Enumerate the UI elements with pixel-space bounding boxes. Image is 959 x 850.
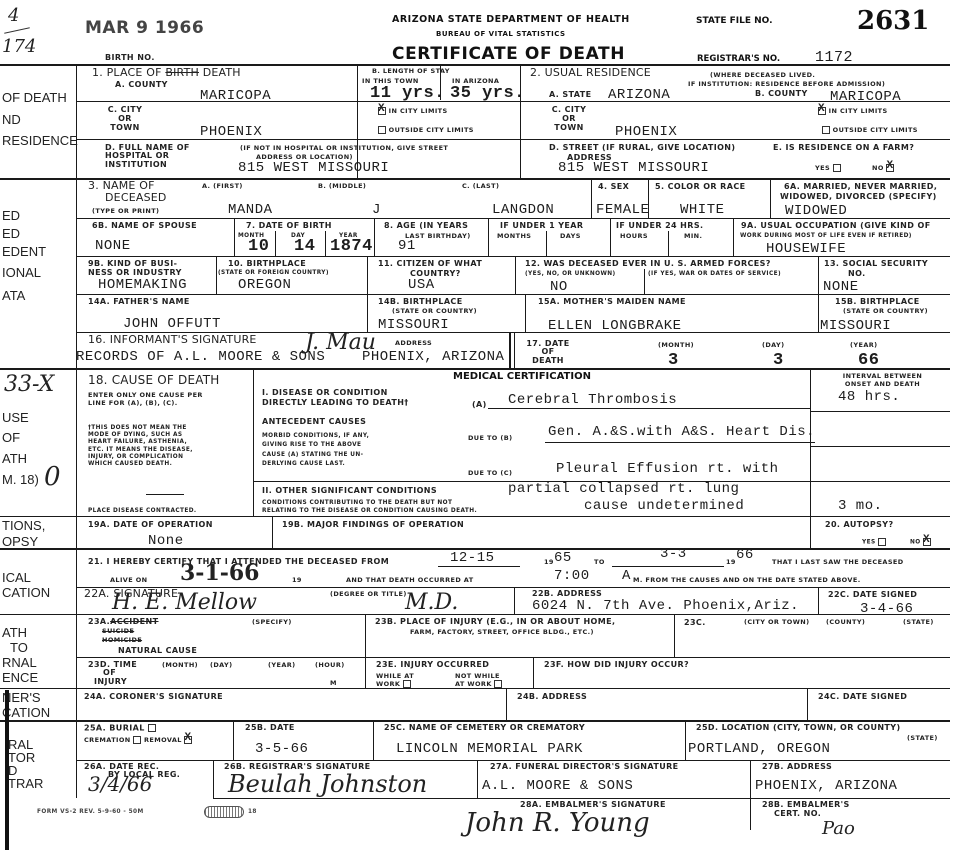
divider bbox=[807, 688, 808, 720]
underline bbox=[438, 566, 520, 567]
last-saw-label: THAT I LAST SAW THE DECEASED bbox=[772, 559, 904, 566]
type-or-print-note: (TYPE OR PRINT) bbox=[92, 208, 159, 215]
divider bbox=[325, 231, 326, 256]
armed-forces-sub1: (YES, NO, OR UNKNOWN) bbox=[525, 271, 616, 277]
checkbox-checked[interactable] bbox=[923, 538, 931, 546]
time-day-label: (DAY) bbox=[210, 662, 232, 669]
marital-value: WIDOWED bbox=[785, 203, 847, 219]
physician-address-value: 6024 N. 7th Ave. Phoenix,Ariz. bbox=[532, 598, 799, 614]
birth-no-label: BIRTH NO. bbox=[105, 54, 155, 62]
divider bbox=[367, 294, 368, 332]
dod-day-label: (DAY) bbox=[762, 342, 784, 349]
place-of-injury-label: 23B. PLACE OF INJURY (E.G., IN OR ABOUT … bbox=[375, 618, 615, 626]
residence-city-label: C. CITY OR TOWN bbox=[549, 106, 589, 132]
occupation-value: HOUSEWIFE bbox=[766, 241, 846, 257]
alive-on-value: 3-1-66 bbox=[180, 560, 260, 586]
divider bbox=[750, 760, 751, 830]
divider bbox=[76, 688, 77, 720]
divider bbox=[810, 368, 811, 548]
residence-outside-city-option[interactable]: OUTSIDE CITY LIMITS bbox=[822, 126, 918, 134]
divider bbox=[506, 688, 507, 720]
date-signed-label: 22C. DATE SIGNED bbox=[828, 591, 917, 599]
divider bbox=[533, 657, 534, 688]
months-label: MONTHS bbox=[497, 233, 531, 240]
divider bbox=[0, 368, 950, 370]
occupation-label: 9A. USUAL OCCUPATION (GIVE KIND OF bbox=[741, 222, 931, 230]
side-label: TO bbox=[10, 640, 28, 655]
divider bbox=[76, 218, 950, 219]
under-24-hrs-label: IF UNDER 24 HRS. bbox=[616, 222, 703, 230]
ssn-label-2: NO. bbox=[848, 270, 866, 278]
checkbox[interactable] bbox=[133, 736, 141, 744]
divider bbox=[488, 218, 489, 256]
operation-date-label: 19A. DATE OF OPERATION bbox=[88, 521, 213, 529]
mother-birthplace-label: 15B. BIRTHPLACE bbox=[835, 298, 920, 306]
time-value: 7:00 bbox=[554, 568, 590, 584]
divider bbox=[514, 587, 515, 614]
not-at-work-option[interactable]: NOT WHILE AT WORK bbox=[455, 672, 502, 689]
informant-label: 16. INFORMANT'S SIGNATURE bbox=[88, 334, 257, 346]
divider bbox=[373, 720, 374, 760]
physician-signature: H. E. Mellow bbox=[112, 590, 257, 615]
armed-forces-label: 12. WAS DECEASED EVER IN U. S. ARMED FOR… bbox=[525, 260, 771, 268]
interval-label: INTERVAL BETWEEN ONSET AND DEATH bbox=[820, 373, 945, 389]
armed-forces-value: NO bbox=[550, 279, 568, 295]
disposal-date-label: 25B. DATE bbox=[245, 724, 295, 732]
divider bbox=[253, 368, 254, 516]
checkbox[interactable] bbox=[878, 538, 886, 546]
first-name-label: A. (FIRST) bbox=[202, 183, 243, 190]
divider bbox=[216, 256, 217, 294]
divider bbox=[233, 720, 234, 760]
farm-no-option[interactable]: NO bbox=[872, 164, 894, 172]
autopsy-label: 20. AUTOPSY? bbox=[825, 521, 894, 529]
farm-label: E. IS RESIDENCE ON A FARM? bbox=[773, 144, 914, 152]
divider bbox=[76, 657, 950, 658]
county-label: A. COUNTY bbox=[115, 81, 168, 89]
in-city-limits-option[interactable]: IN CITY LIMITS bbox=[378, 107, 448, 115]
divider bbox=[0, 516, 950, 517]
divider bbox=[818, 587, 819, 614]
business-value: HOMEMAKING bbox=[98, 277, 187, 293]
citizen-label: 11. CITIZEN OF WHAT bbox=[378, 260, 482, 268]
dob-label: 7. DATE OF BIRTH bbox=[246, 222, 332, 230]
side-label: OF bbox=[2, 430, 20, 445]
divider bbox=[0, 614, 950, 615]
checkbox-checked[interactable] bbox=[378, 107, 386, 115]
under-1-year-label: IF UNDER 1 YEAR bbox=[500, 222, 583, 230]
embalmer-signature: John R. Young bbox=[465, 808, 650, 838]
injury-county-label: (COUNTY) bbox=[826, 619, 865, 626]
operation-date-value: None bbox=[148, 533, 184, 549]
residence-note: IF INSTITUTION: RESIDENCE BEFORE ADMISSI… bbox=[688, 81, 885, 88]
residence-note: (WHERE DECEASED LIVED. bbox=[710, 72, 815, 79]
informant-address-value: PHOENIX, ARIZONA bbox=[362, 349, 504, 365]
state-file-number: 2631 bbox=[857, 6, 929, 36]
other-conditions-note: CONDITIONS CONTRIBUTING TO THE DEATH BUT… bbox=[262, 500, 477, 515]
birthplace-label: 10. BIRTHPLACE bbox=[228, 260, 306, 268]
registrar-signature: Beulah Johnston bbox=[228, 770, 427, 798]
hospital-note: (IF NOT IN HOSPITAL OR INSTITUTION, GIVE… bbox=[240, 145, 448, 152]
divider bbox=[76, 368, 77, 516]
street-label: D. STREET (IF RURAL, GIVE LOCATION) bbox=[549, 144, 735, 152]
divider bbox=[668, 231, 669, 256]
dod-month-label: (MONTH) bbox=[658, 342, 694, 349]
father-name-label: 14A. FATHER'S NAME bbox=[88, 298, 190, 306]
interval-2-value: 3 mo. bbox=[838, 498, 883, 514]
autopsy-no-option[interactable]: NO bbox=[910, 538, 931, 546]
age-label: 8. AGE (IN YEARS bbox=[384, 222, 468, 230]
degree-value: M.D. bbox=[405, 590, 458, 615]
cemetery-state-label: (STATE) bbox=[907, 735, 938, 742]
residence-city-value: PHOENIX bbox=[615, 124, 677, 140]
divider bbox=[365, 614, 366, 688]
time-year-label: (YEAR) bbox=[268, 662, 296, 669]
specify-label: (SPECIFY) bbox=[252, 619, 292, 626]
form-number: FORM VS-2 REV. 5-9-60 - 50M bbox=[37, 809, 144, 815]
page-title: CERTIFICATE OF DEATH bbox=[392, 44, 625, 64]
divider bbox=[275, 231, 276, 256]
date-received-value: 3/4/66 bbox=[88, 772, 152, 796]
mother-name-label: 15A. MOTHER'S MAIDEN NAME bbox=[538, 298, 686, 306]
agency-name: ARIZONA STATE DEPARTMENT OF HEALTH bbox=[392, 14, 630, 25]
antecedent-note: MORBID CONDITIONS, IF ANY, GIVING RISE T… bbox=[262, 432, 369, 469]
residence-county-label: B. COUNTY bbox=[755, 90, 808, 98]
handwritten-code: 33-X bbox=[4, 372, 54, 397]
days-label: DAYS bbox=[560, 233, 581, 240]
father-name-value: JOHN OFFUTT bbox=[123, 316, 221, 332]
divider bbox=[525, 294, 526, 332]
divider bbox=[76, 760, 950, 761]
causes-label: M. FROM THE CAUSES AND ON THE DATE STATE… bbox=[633, 577, 861, 584]
occurred-label: AND THAT DEATH OCCURRED AT bbox=[346, 577, 474, 584]
burial-option[interactable]: 25A. BURIAL bbox=[84, 724, 156, 733]
side-label: RNAL bbox=[2, 655, 37, 670]
place-of-injury-note: FARM, FACTORY, STREET, OFFICE BLDG., ETC… bbox=[410, 629, 594, 636]
m-label: M bbox=[330, 680, 337, 687]
death-city-value: PHOENIX bbox=[200, 124, 262, 140]
union-label-icon bbox=[204, 806, 244, 818]
to-year-prefix: 19 bbox=[726, 559, 736, 566]
side-label: ATH bbox=[2, 625, 27, 640]
divider bbox=[367, 256, 368, 294]
dob-day-value: 14 bbox=[294, 237, 315, 256]
cemetery-value: LINCOLN MEMORIAL PARK bbox=[396, 741, 583, 757]
divider bbox=[76, 516, 77, 548]
registrar-no-label: REGISTRAR'S NO. bbox=[697, 54, 780, 64]
autopsy-yes-option[interactable]: YES bbox=[862, 538, 886, 546]
place-of-death-label: 1. PLACE OF BIRTH DEATH bbox=[92, 67, 241, 79]
race-value: WHITE bbox=[680, 202, 725, 218]
divider bbox=[76, 178, 77, 368]
age-value: 91 bbox=[398, 238, 416, 254]
from-year-prefix: 19 bbox=[544, 559, 554, 566]
birthplace-note: (STATE OR FOREIGN COUNTRY) bbox=[218, 270, 329, 276]
coroner-address-label: 24B. ADDRESS bbox=[517, 693, 587, 701]
cause-a-label: (A) bbox=[472, 401, 487, 409]
divider bbox=[515, 256, 516, 294]
scan-edge bbox=[5, 690, 9, 850]
last-name-value: LANGDON bbox=[492, 202, 554, 218]
divider bbox=[685, 720, 686, 760]
coroner-signature-label: 24A. CORONER'S SIGNATURE bbox=[84, 693, 223, 701]
margin-mark-bottom: 174 bbox=[2, 36, 36, 57]
divider bbox=[374, 218, 375, 256]
divider bbox=[644, 269, 645, 294]
min-label: MIN. bbox=[684, 233, 702, 240]
divider bbox=[674, 614, 675, 657]
dob-year-value: 1874 bbox=[330, 237, 373, 256]
state-label: A. STATE bbox=[549, 91, 591, 99]
checkbox[interactable] bbox=[378, 126, 386, 134]
cause-b-label: DUE TO (B) bbox=[468, 435, 513, 442]
divider bbox=[213, 760, 214, 798]
margin-mark-top: 4 bbox=[8, 5, 19, 26]
side-label: CATION bbox=[2, 585, 50, 600]
length-of-stay-label: B. LENGTH OF STAY bbox=[372, 68, 450, 75]
city-label: C. CITY OR TOWN bbox=[105, 106, 145, 132]
ssn-value: NONE bbox=[823, 279, 859, 295]
cause-c-value: Pleural Effusion rt. with bbox=[556, 461, 779, 477]
director-address-value: PHOENIX, ARIZONA bbox=[755, 778, 897, 794]
hospital-label: D. FULL NAME OF HOSPITAL OR INSTITUTION bbox=[105, 144, 190, 169]
other-conditions-label: II. OTHER SIGNIFICANT CONDITIONS bbox=[262, 487, 437, 495]
checkbox-checked[interactable] bbox=[184, 736, 192, 744]
residence-county-value: MARICOPA bbox=[830, 89, 901, 105]
divider bbox=[76, 720, 77, 798]
side-label: ATA bbox=[2, 288, 25, 303]
side-label: ATH bbox=[2, 451, 27, 466]
side-label: OF DEATH bbox=[2, 90, 67, 105]
armed-forces-sub2: (IF YES, WAR OR DATES OF SERVICE) bbox=[648, 271, 781, 277]
disposal-date-value: 3-5-66 bbox=[255, 741, 308, 757]
marital-label: 6A. MARRIED, NEVER MARRIED, bbox=[784, 183, 937, 191]
fraction-bar bbox=[4, 27, 30, 33]
divider bbox=[810, 411, 950, 412]
natural-cause-value: NATURAL CAUSE bbox=[118, 647, 197, 655]
while-at-work-option[interactable]: WHILE AT WORK bbox=[376, 672, 414, 689]
middle-name-value: J bbox=[372, 202, 381, 218]
injury-state-label: (STATE) bbox=[903, 619, 934, 626]
divider bbox=[810, 446, 950, 447]
side-label: ENCE bbox=[2, 670, 38, 685]
divider bbox=[514, 332, 515, 368]
divider bbox=[76, 614, 77, 688]
divider bbox=[770, 178, 771, 218]
checkbox[interactable] bbox=[822, 126, 830, 134]
attended-to-value: 3-3 bbox=[660, 546, 687, 562]
time-month-label: (MONTH) bbox=[162, 662, 198, 669]
spouse-value: NONE bbox=[95, 238, 131, 254]
divider bbox=[234, 218, 235, 256]
union-number: 18 bbox=[248, 809, 257, 815]
funeral-director-label: 27A. FUNERAL DIRECTOR'S SIGNATURE bbox=[490, 763, 679, 771]
cemetery-location-label: 25D. LOCATION (CITY, TOWN, OR COUNTY) bbox=[696, 724, 901, 732]
alive-19: 19 bbox=[292, 577, 302, 584]
stay-state-value: 35 yrs. bbox=[450, 84, 525, 103]
attended-from-value: 12-15 bbox=[450, 550, 495, 566]
am-value: A bbox=[622, 568, 631, 584]
side-label: IONAL bbox=[2, 265, 41, 280]
divider bbox=[546, 231, 547, 256]
sex-label: 4. SEX bbox=[598, 183, 629, 191]
side-label: TRAR bbox=[8, 776, 43, 791]
checkbox[interactable] bbox=[833, 164, 841, 172]
embalmer-cert-label: 28B. EMBALMER'S CERT. NO. bbox=[762, 801, 850, 819]
side-label: CATION bbox=[2, 705, 50, 720]
informant-value: RECORDS OF A.L. MOORE & SONS bbox=[76, 349, 325, 365]
cause-of-death-label: 18. CAUSE OF DEATH bbox=[88, 374, 220, 387]
other-conditions-line1: partial collapsed rt. lung bbox=[508, 481, 739, 497]
from-year-value: 65 bbox=[554, 550, 572, 566]
injury-location-label: 23C. bbox=[684, 619, 706, 627]
divider bbox=[213, 798, 950, 799]
father-birthplace-value: MISSOURI bbox=[378, 317, 449, 333]
father-birthplace-note: (STATE OR COUNTRY) bbox=[392, 308, 477, 315]
checkbox-checked[interactable] bbox=[818, 107, 826, 115]
spouse-label: 6B. NAME OF SPOUSE bbox=[92, 222, 197, 230]
underline bbox=[612, 566, 724, 567]
sex-value: FEMALE bbox=[596, 202, 649, 218]
dob-month-value: 10 bbox=[248, 237, 269, 256]
coroner-date-label: 24C. DATE SIGNED bbox=[818, 693, 907, 701]
struck-homicide: HOMICIDE bbox=[102, 637, 142, 644]
last-name-label: C. (LAST) bbox=[462, 183, 499, 190]
to-label: TO bbox=[594, 559, 605, 566]
race-label: 5. COLOR OR RACE bbox=[655, 183, 745, 191]
dod-year-label: (YEAR) bbox=[850, 342, 878, 349]
underline bbox=[545, 442, 815, 443]
divider bbox=[0, 720, 950, 722]
birthplace-value: OREGON bbox=[238, 277, 291, 293]
cause-instructions: ENTER ONLY ONE CAUSE PER LINE FOR (A), (… bbox=[88, 391, 203, 408]
operation-findings-label: 19B. MAJOR FINDINGS OF OPERATION bbox=[282, 521, 464, 529]
death-county-value: MARICOPA bbox=[200, 88, 271, 104]
divider bbox=[477, 760, 478, 798]
first-name-value: MANDA bbox=[228, 202, 273, 218]
divider bbox=[733, 218, 734, 256]
disease-condition-label: I. DISEASE OR CONDITION DIRECTLY LEADING… bbox=[262, 388, 409, 409]
struck-suicide: SUICIDE bbox=[102, 628, 134, 635]
to-year-value: 66 bbox=[736, 547, 754, 563]
divider bbox=[818, 294, 819, 332]
checkbox-checked[interactable] bbox=[886, 164, 894, 172]
cause-note: †THIS DOES NOT MEAN THE MODE OF DYING, S… bbox=[88, 425, 193, 468]
injury-city-label: (CITY OR TOWN) bbox=[744, 619, 810, 626]
checkbox[interactable] bbox=[148, 724, 156, 732]
time-of-injury-label: 23D. TIME OF INJURY bbox=[88, 661, 137, 686]
cause-a-value: Cerebral Thrombosis bbox=[508, 392, 677, 408]
interval-a-value: 48 hrs. bbox=[838, 389, 900, 405]
side-label: ICAL bbox=[2, 570, 31, 585]
hours-label: HOURS bbox=[620, 233, 648, 240]
usual-residence-label: 2. USUAL RESIDENCE bbox=[530, 67, 651, 79]
marital-label-2: WIDOWED, DIVORCED (SPECIFY) bbox=[780, 193, 937, 201]
date-of-death-label: 17. DATE OF DEATH bbox=[523, 340, 573, 365]
side-label: ND bbox=[2, 112, 21, 127]
divider bbox=[76, 548, 77, 614]
cemetery-label: 25C. NAME OF CEMETERY OR CREMATORY bbox=[384, 724, 585, 732]
cremation-removal-options[interactable]: CREMATION REMOVAL bbox=[84, 736, 192, 744]
side-label: USE bbox=[2, 410, 29, 425]
citizen-value: USA bbox=[408, 277, 435, 293]
side-label: EDENT bbox=[2, 244, 46, 259]
divider bbox=[272, 516, 273, 548]
father-birthplace-label: 14B. BIRTHPLACE bbox=[378, 298, 463, 306]
divider bbox=[591, 178, 592, 218]
director-address-label: 27B. ADDRESS bbox=[762, 763, 832, 771]
ssn-label: 13. SOCIAL SECURITY bbox=[824, 260, 928, 268]
side-label: M. 18) bbox=[2, 472, 39, 487]
business-label: 9B. KIND OF BUSI- NESS OR INDUSTRY bbox=[88, 260, 182, 278]
divider bbox=[76, 64, 77, 180]
injury-type-label: 23A.ACCIDENT bbox=[88, 618, 159, 626]
funeral-director-value: A.L. MOORE & SONS bbox=[482, 778, 633, 794]
divider bbox=[509, 332, 511, 368]
degree-label: (DEGREE OR TITLE) bbox=[330, 591, 407, 598]
side-label: ED bbox=[2, 226, 20, 241]
how-injury-label: 23F. HOW DID INJURY OCCUR? bbox=[544, 661, 689, 669]
hospital-value: 815 WEST MISSOURI bbox=[238, 160, 389, 176]
underline bbox=[488, 408, 810, 409]
side-label: OPSY bbox=[2, 534, 38, 549]
medical-certification-title: MEDICAL CERTIFICATION bbox=[453, 371, 591, 382]
farm-yes-option[interactable]: YES bbox=[815, 164, 841, 172]
deceased-name-label: 3. NAME OF DECEASED bbox=[88, 180, 167, 203]
side-label: RESIDENCE bbox=[2, 133, 78, 148]
place-contracted-label: PLACE DISEASE CONTRACTED. bbox=[88, 508, 197, 514]
antecedent-label: ANTECEDENT CAUSES bbox=[262, 418, 366, 426]
state-file-label: STATE FILE NO. bbox=[696, 16, 773, 26]
received-stamp: MAR 9 1966 bbox=[85, 18, 204, 38]
alive-on-label: ALIVE ON bbox=[110, 577, 148, 584]
middle-name-label: B. (MIDDLE) bbox=[318, 183, 366, 190]
mother-birthplace-note: (STATE OR COUNTRY) bbox=[843, 308, 928, 315]
handwritten-zero: 0 bbox=[44, 462, 61, 492]
residence-state-value: ARIZONA bbox=[608, 87, 670, 103]
side-label: TIONS, bbox=[2, 518, 45, 533]
cause-c-label: DUE TO (C) bbox=[468, 470, 512, 477]
outside-city-limits-option[interactable]: OUTSIDE CITY LIMITS bbox=[378, 126, 474, 134]
embalmer-cert-value: Pao bbox=[822, 818, 855, 839]
occupation-label-2: WORK DURING MOST OF LIFE EVEN IF RETIRED… bbox=[740, 233, 912, 239]
cemetery-location-value: PORTLAND, OREGON bbox=[688, 741, 830, 757]
bureau-name: BUREAU OF VITAL STATISTICS bbox=[436, 30, 566, 38]
time-hour-label: (HOUR) bbox=[315, 662, 345, 669]
residence-street-value: 815 WEST MISSOURI bbox=[558, 160, 709, 176]
divider bbox=[520, 64, 521, 180]
cause-b-value: Gen. A.&S.with A&S. Heart Dis. bbox=[548, 424, 815, 440]
divider bbox=[648, 178, 649, 218]
divider bbox=[818, 256, 819, 294]
other-conditions-line2: cause undetermined bbox=[584, 498, 744, 514]
residence-in-city-option[interactable]: IN CITY LIMITS bbox=[818, 107, 888, 115]
stay-town-value: 11 yrs. bbox=[370, 84, 445, 103]
divider bbox=[146, 494, 184, 495]
divider bbox=[610, 218, 611, 256]
informant-address-label: ADDRESS bbox=[395, 340, 432, 347]
side-label: ED bbox=[2, 208, 20, 223]
injury-occurred-label: 23E. INJURY OCCURRED bbox=[376, 661, 489, 669]
